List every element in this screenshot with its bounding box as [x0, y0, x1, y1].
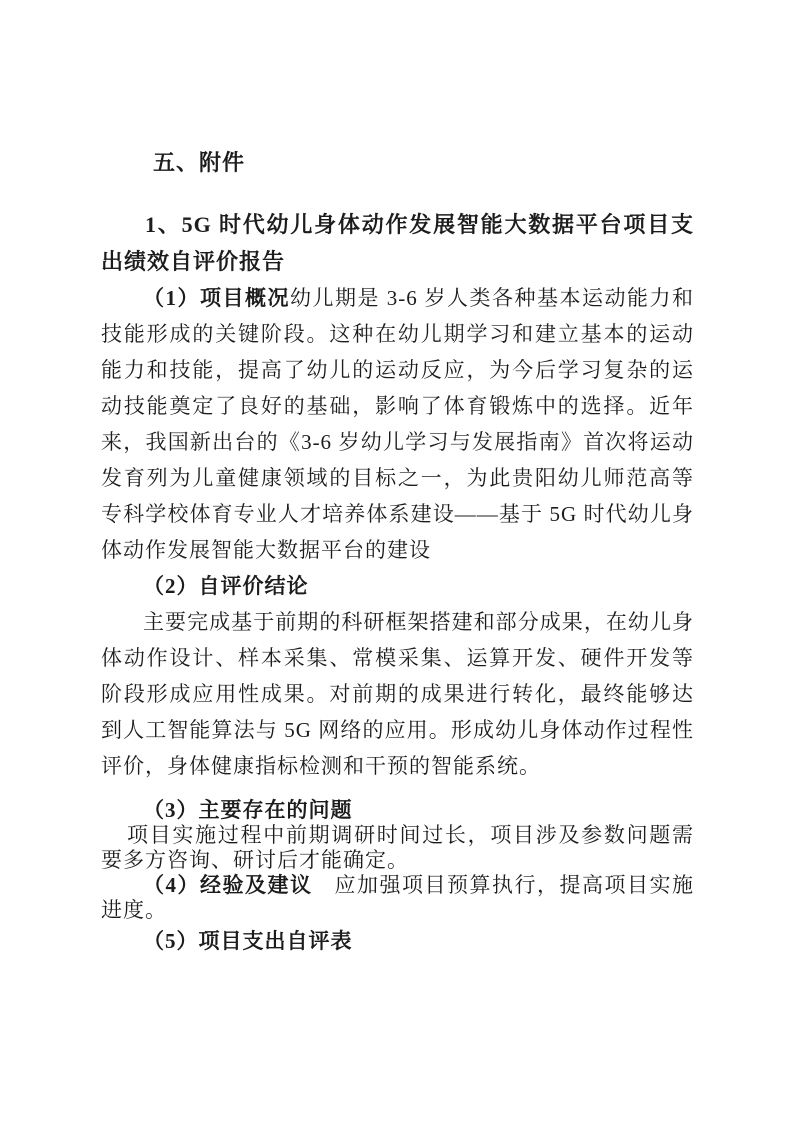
lower-block: （3）主要存在的问题 项目实施过程中前期调研时间过长，项目涉及参数问题需要多方咨… — [101, 798, 694, 954]
heading-main-problems: （3）主要存在的问题 — [101, 798, 694, 823]
section-heading-attachments: 五、附件 — [101, 144, 694, 181]
report-title: 1、5G 时代幼儿身体动作发展智能大数据平台项目支出绩效自评价报告 — [101, 206, 694, 280]
document-content: 五、附件 1、5G 时代幼儿身体动作发展智能大数据平台项目支出绩效自评价报告 （… — [101, 144, 694, 954]
paragraph-problems-text: 项目实施过程中前期调研时间过长，项目涉及参数问题需要多方咨询、研讨后才能确定。 — [101, 823, 694, 873]
overview-text: 幼儿期是 3-6 岁人类各种基本运动能力和技能形成的关键阶段。这种在幼儿期学习和… — [101, 286, 694, 562]
paragraph-project-overview: （1）项目概况幼儿期是 3-6 岁人类各种基本运动能力和技能形成的关键阶段。这种… — [101, 280, 694, 568]
heading-self-evaluation-conclusion: （2）自评价结论 — [101, 568, 694, 604]
paragraph-conclusion-text: 主要完成基于前期的科研框架搭建和部分成果，在幼儿身体动作设计、样本采集、常模采集… — [101, 604, 694, 784]
paragraph-advice: （4）经验及建议应加强项目预算执行，提高项目实施进度。 — [101, 873, 694, 923]
advice-lead-label: （4）经验及建议 — [143, 873, 313, 897]
overview-lead-label: （1）项目概况 — [143, 286, 290, 310]
document-page: 五、附件 1、5G 时代幼儿身体动作发展智能大数据平台项目支出绩效自评价报告 （… — [0, 0, 793, 1122]
heading-expenditure-self-evaluation-table: （5）项目支出自评表 — [101, 929, 694, 954]
